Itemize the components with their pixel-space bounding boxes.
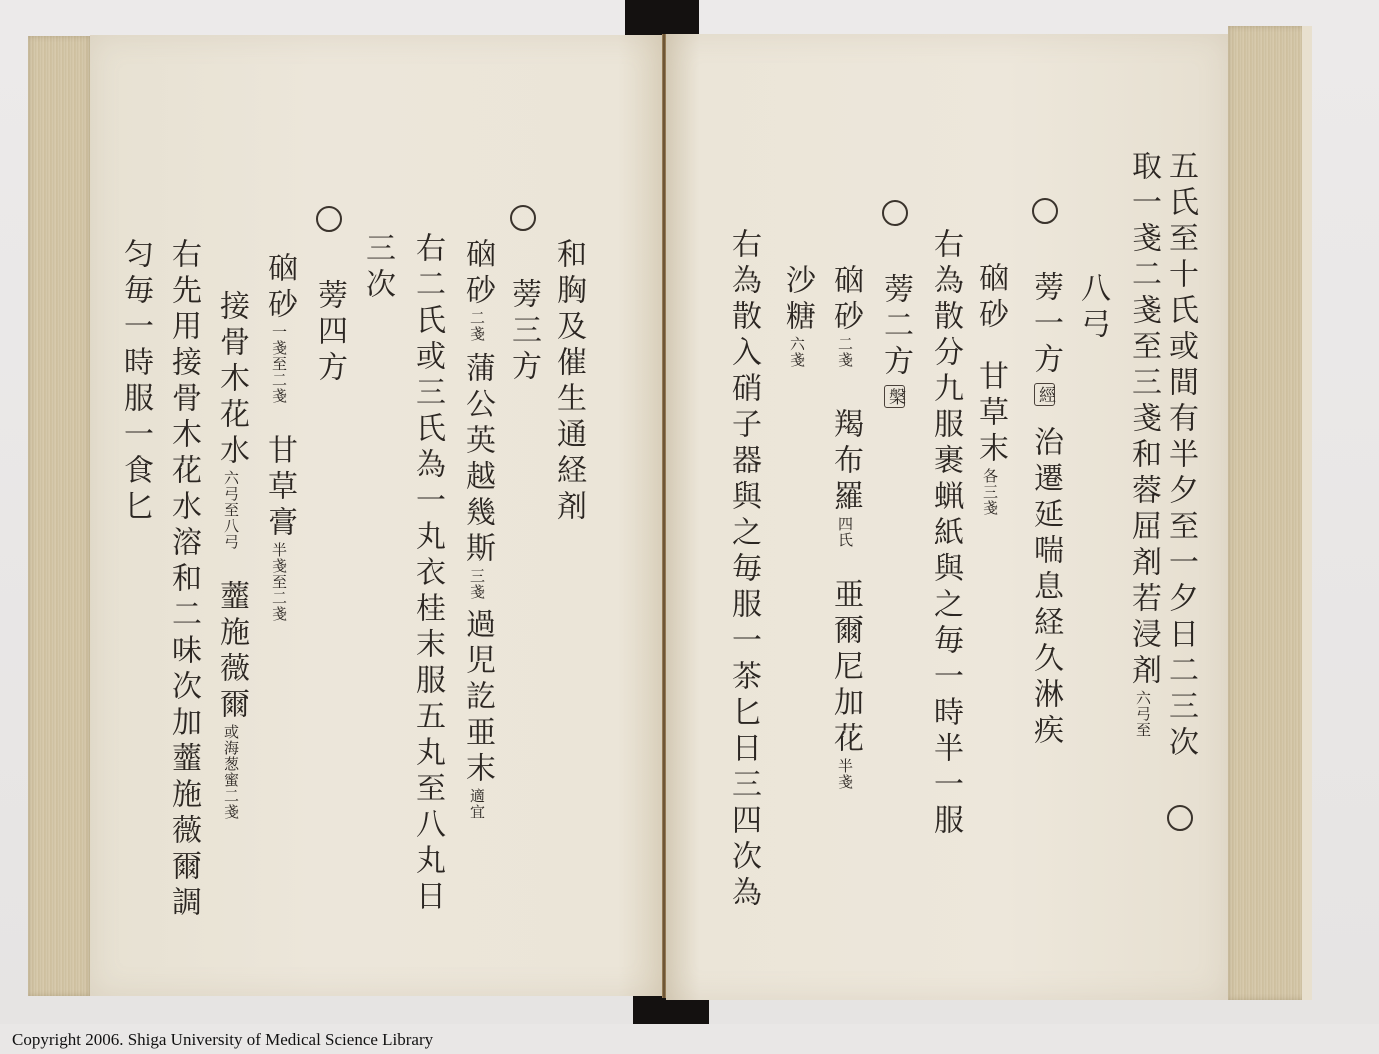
circle-mark-icon xyxy=(316,206,342,232)
annotation-text: 一戔至二戔 xyxy=(270,324,288,404)
boxed-seal-mark: 經 xyxy=(1034,383,1055,406)
column-text: 右為散分九服裹蝋紙與之毎一時半一服 xyxy=(928,228,963,840)
page-edges-right xyxy=(1228,26,1312,1000)
left-col-4: 右二氏或三氏為一丸衣桂末服五丸至八丸日 xyxy=(412,232,442,916)
book-gutter xyxy=(662,34,666,998)
prescription-heading: 蒡一方 xyxy=(1028,271,1063,379)
right-col-6: 右為散分九服裹蝋紙與之毎一時半一服 xyxy=(930,228,960,840)
annotation-text: 四氏 xyxy=(836,516,854,548)
left-col-9: 右先用接骨木花水溶和二味次加虀施薇爾調 xyxy=(168,238,198,922)
column-text: 匀毎一時服一食匕 xyxy=(118,238,153,526)
column-text: 沙糖 xyxy=(780,264,815,336)
column-text: 治遷延喘息経久淋疾 xyxy=(1030,426,1060,750)
prescription-heading: 蒡二方 xyxy=(878,273,913,381)
column-text: 右二氏或三氏為一丸衣桂末服五丸至八丸日 xyxy=(410,232,445,916)
column-text: 硇砂 xyxy=(460,238,495,310)
column-text: 和胸及催生通経剤 xyxy=(551,238,586,526)
circle-mark-icon xyxy=(1167,805,1193,831)
column-text: 硇砂 xyxy=(828,264,863,336)
column-text: 硇砂 xyxy=(262,252,297,324)
right-col-1: 五氏至十氏或間有半夕至一夕日二三次 xyxy=(1165,150,1195,837)
annotation-text: 三戔 xyxy=(468,568,486,600)
right-col-4: 蒡一方經治遷延喘息経久淋疾 xyxy=(1030,198,1060,750)
page-edges-left xyxy=(28,36,90,996)
circle-mark-icon xyxy=(1032,198,1058,224)
column-text: 八弓 xyxy=(1075,272,1110,344)
circle-mark-icon xyxy=(510,205,536,231)
left-col-8: 接骨木花水六弓至八弓虀施薇爾或海葱蜜二戔 xyxy=(216,290,246,820)
column-text: 甘草末 xyxy=(975,360,1005,468)
annotation-text: 六弓至八弓 xyxy=(222,470,240,550)
annotation-text: 六戔 xyxy=(788,336,806,368)
annotation-text: 或海葱蜜二戔 xyxy=(222,724,240,820)
prescription-heading: 蒡三方 xyxy=(506,278,541,386)
left-col-6: 蒡四方 xyxy=(314,206,344,387)
column-text: 虀施薇爾 xyxy=(216,580,246,724)
annotation-text: 半戔 xyxy=(836,758,854,790)
column-text: 接骨木花水 xyxy=(214,290,249,470)
column-text: 右為散入硝子器與之毎服一茶匕日三四次為 xyxy=(726,228,761,912)
prescription-heading: 蒡四方 xyxy=(312,279,347,387)
column-text: 硇砂 xyxy=(973,262,1008,334)
copyright-caption: Copyright 2006. Shiga University of Medi… xyxy=(12,1030,433,1050)
column-text: 甘草膏 xyxy=(264,434,294,542)
left-col-3: 硇砂二戔蒲公英越幾斯三戔過児訖亜末適宜 xyxy=(462,238,492,820)
column-text: 亜爾尼加花 xyxy=(830,578,860,758)
column-text: 右先用接骨木花水溶和二味次加虀施薇爾調 xyxy=(166,238,201,922)
left-col-5: 三次 xyxy=(362,232,392,304)
column-text: 蒲公英越幾斯 xyxy=(462,352,492,568)
right-col-7: 蒡二方槃 xyxy=(880,200,910,408)
right-col-5: 硇砂甘草末各三戔 xyxy=(975,262,1005,516)
annotation-text: 二戔 xyxy=(468,310,486,342)
boxed-seal-mark: 槃 xyxy=(884,385,905,408)
annotation-text: 適宜 xyxy=(468,788,486,820)
right-col-9: 沙糖六戔 xyxy=(782,264,812,368)
annotation-text: 半戔至二戔 xyxy=(270,542,288,622)
column-text: 過児訖亜末 xyxy=(462,608,492,788)
column-text: 羯布羅 xyxy=(830,408,860,516)
right-col-3: 八弓 xyxy=(1077,272,1107,344)
right-col-2: 取一戔二戔至三戔和蓉屈剤若浸剤六弓至 xyxy=(1128,150,1158,738)
left-col-1: 和胸及催生通経剤 xyxy=(553,238,583,526)
left-col-7: 硇砂一戔至二戔甘草膏半戔至二戔 xyxy=(264,252,294,622)
circle-mark-icon xyxy=(882,200,908,226)
column-text: 取一戔二戔至三戔和蓉屈剤若浸剤 xyxy=(1126,150,1161,690)
left-col-10: 匀毎一時服一食匕 xyxy=(120,238,150,526)
column-text: 三次 xyxy=(360,232,395,304)
annotation-text: 二戔 xyxy=(836,336,854,368)
column-text: 五氏至十氏或間有半夕至一夕日二三次 xyxy=(1163,150,1198,762)
right-col-8: 硇砂二戔羯布羅四氏亜爾尼加花半戔 xyxy=(830,264,860,790)
annotation-text: 六弓至 xyxy=(1134,690,1152,738)
left-col-2: 蒡三方 xyxy=(508,205,538,386)
right-col-10: 右為散入硝子器與之毎服一茶匕日三四次為 xyxy=(728,228,758,912)
annotation-text: 各三戔 xyxy=(981,468,999,516)
